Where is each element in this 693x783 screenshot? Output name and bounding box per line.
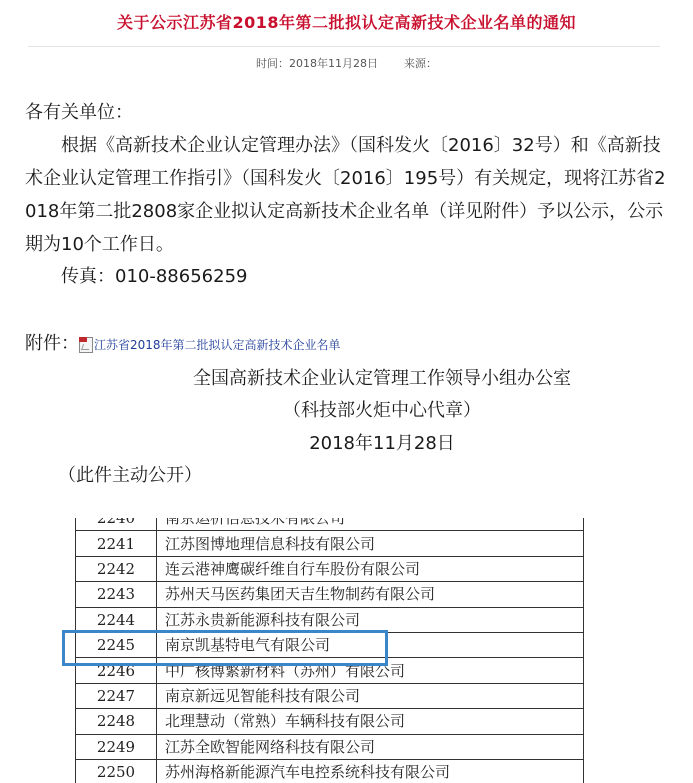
- company-name: 南京凯基特电气有限公司: [157, 632, 584, 657]
- signature-org: 全国高新技术企业认定管理工作领导小组办公室: [0, 364, 693, 390]
- row-number: 2241: [76, 531, 157, 556]
- main-paragraph: 根据《高新技术企业认定管理办法》（国科发火〔2016〕32号）和《高新技术企业认…: [25, 129, 675, 261]
- company-name: 南京新远见智能科技有限公司: [157, 683, 584, 708]
- signature-seal: （科技部火炬中心代章）: [0, 396, 693, 422]
- disclosure-note: （此件主动公开）: [58, 461, 202, 487]
- row-number: 2247: [76, 683, 157, 708]
- row-number: 2249: [76, 734, 157, 759]
- row-number: 2245: [76, 632, 157, 657]
- company-name: 北理慧动（常熟）车辆科技有限公司: [157, 709, 584, 734]
- table-row: 2241江苏图博地理信息科技有限公司: [76, 531, 584, 556]
- table-row: 2246中广核博繁新材料（苏州）有限公司: [76, 658, 584, 683]
- company-name: 江苏全欧智能网络科技有限公司: [157, 734, 584, 759]
- row-number: 2240: [76, 518, 157, 531]
- attachment-label: 附件：: [25, 330, 79, 358]
- source-label: 来源：: [404, 57, 437, 70]
- row-number: 2246: [76, 658, 157, 683]
- page-title: 关于公示江苏省2018年第二批拟认定高新技术企业名单的通知: [0, 10, 693, 33]
- row-number: 2244: [76, 607, 157, 632]
- signature-date: 2018年11月28日: [0, 429, 693, 455]
- table-row: 2240南京运析信息技术有限公司: [76, 518, 584, 531]
- row-number: 2248: [76, 709, 157, 734]
- table-row-highlighted: 2245南京凯基特电气有限公司: [76, 632, 584, 657]
- table-row: 2243苏州天马医药集团天吉生物制药有限公司: [76, 582, 584, 607]
- fax-line: 传真：010-88656259: [61, 261, 247, 293]
- company-list-table: 2240南京运析信息技术有限公司 2241江苏图博地理信息科技有限公司 2242…: [75, 518, 584, 783]
- time-label: 时间：: [256, 57, 289, 70]
- attachment-link[interactable]: 江苏省2018年第二批拟认定高新技术企业名单: [94, 331, 341, 359]
- company-name: 江苏图博地理信息科技有限公司: [157, 531, 584, 556]
- table-row: 2247南京新远见智能科技有限公司: [76, 683, 584, 708]
- table-row: 2244江苏永贵新能源科技有限公司: [76, 607, 584, 632]
- company-name: 苏州海格新能源汽车电控系统科技有限公司: [157, 759, 584, 783]
- table-row: 2242连云港神鹰碳纤维自行车股份有限公司: [76, 556, 584, 581]
- salutation: 各有关单位：: [25, 97, 675, 129]
- company-name: 中广核博繁新材料（苏州）有限公司: [157, 658, 584, 683]
- attachment-row: 附件： 江苏省2018年第二批拟认定高新技术企业名单: [25, 328, 341, 359]
- row-number: 2242: [76, 556, 157, 581]
- table-row: 2249江苏全欧智能网络科技有限公司: [76, 734, 584, 759]
- pdf-file-icon[interactable]: [79, 337, 93, 353]
- company-name: 连云港神鹰碳纤维自行车股份有限公司: [157, 556, 584, 581]
- company-name: 江苏永贵新能源科技有限公司: [157, 607, 584, 632]
- article-meta: 时间：2018年11月28日来源：: [0, 55, 693, 71]
- time-value: 2018年11月28日: [289, 57, 378, 70]
- company-name: 苏州天马医药集团天吉生物制药有限公司: [157, 582, 584, 607]
- row-number: 2243: [76, 582, 157, 607]
- row-number: 2250: [76, 759, 157, 783]
- table-row: 2250苏州海格新能源汽车电控系统科技有限公司: [76, 759, 584, 783]
- title-divider: [28, 46, 660, 47]
- table-row: 2248北理慧动（常熟）车辆科技有限公司: [76, 709, 584, 734]
- company-name: 南京运析信息技术有限公司: [157, 518, 584, 531]
